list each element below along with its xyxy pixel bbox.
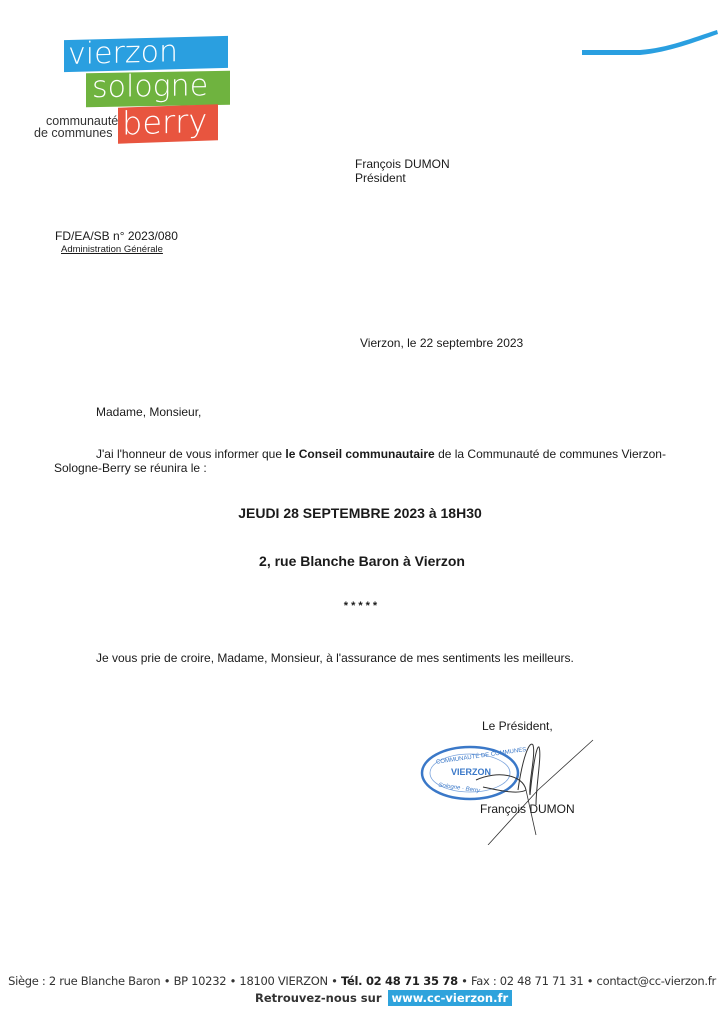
sender-name: François DUMON bbox=[355, 157, 450, 171]
salutation: Madame, Monsieur, bbox=[96, 405, 201, 419]
separator: ***** bbox=[0, 600, 724, 612]
logo-berry: berry bbox=[118, 104, 218, 143]
closing-sentence: Je vous prie de croire, Madame, Monsieur… bbox=[96, 651, 574, 665]
logo: vierzon sologne berry communauté de comm… bbox=[34, 36, 234, 146]
footer-website-line: Retrouvez-nous sur www.cc-vierzon.fr bbox=[255, 990, 512, 1006]
intro-text: J'ai l'honneur de vous informer que bbox=[96, 447, 285, 461]
reference-block: FD/EA/SB n° 2023/080 Administration Géné… bbox=[55, 229, 178, 257]
logo-vierzon: vierzon bbox=[64, 36, 228, 72]
logo-subtitle-2: de communes bbox=[34, 126, 113, 140]
footer-address: Siège : 2 rue Blanche Baron • BP 10232 •… bbox=[8, 974, 341, 988]
footer-phone: Tél. 02 48 71 35 78 bbox=[341, 974, 458, 988]
signature-title: Le Président, bbox=[482, 719, 553, 733]
intro-bold: le Conseil communautaire bbox=[285, 447, 434, 461]
svg-text:VIERZON: VIERZON bbox=[451, 767, 491, 777]
body-paragraph: J'ai l'honneur de vous informer que le C… bbox=[54, 447, 684, 475]
logo-sologne: sologne bbox=[86, 71, 230, 108]
sender-title: Président bbox=[355, 171, 450, 185]
swoosh-decoration-icon bbox=[580, 28, 720, 62]
meeting-location: 2, rue Blanche Baron à Vierzon bbox=[0, 553, 724, 569]
date-line: Vierzon, le 22 septembre 2023 bbox=[360, 336, 523, 350]
meeting-datetime: JEUDI 28 SEPTEMBRE 2023 à 18H30 bbox=[0, 505, 722, 521]
reference-department: Administration Générale bbox=[61, 243, 178, 257]
signature-name: François DUMON bbox=[480, 802, 575, 816]
stamp-signature-icon: COMMUNAUTÉ DE COMMUNES VIERZON Sologne ·… bbox=[418, 735, 598, 845]
footer-contact: Siège : 2 rue Blanche Baron • BP 10232 •… bbox=[0, 974, 724, 988]
sender-block: François DUMON Président bbox=[355, 157, 450, 185]
reference-number: FD/EA/SB n° 2023/080 bbox=[55, 229, 178, 243]
website-link[interactable]: www.cc-vierzon.fr bbox=[388, 990, 513, 1006]
svg-text:Sologne · Berry: Sologne · Berry bbox=[438, 783, 481, 795]
footer-website-prefix: Retrouvez-nous sur bbox=[255, 991, 382, 1005]
footer-fax-email[interactable]: • Fax : 02 48 71 71 31 • contact@cc-vier… bbox=[458, 974, 716, 988]
